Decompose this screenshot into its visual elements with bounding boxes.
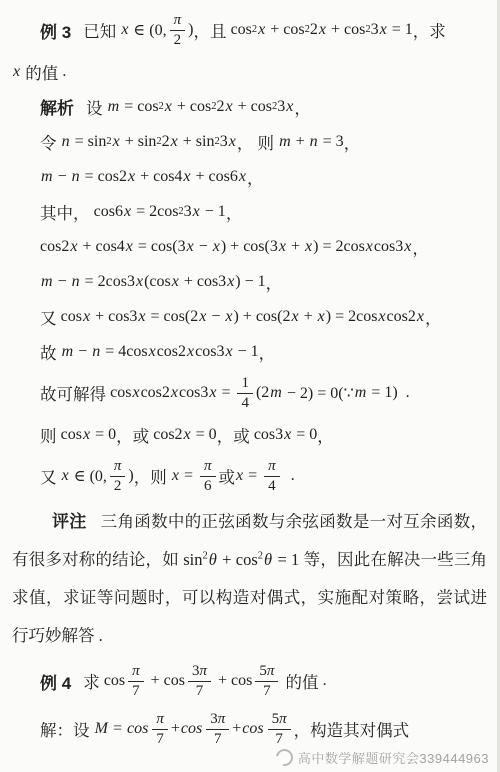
text-run: x [257,21,266,39]
text-run: m [107,98,121,116]
text-run: + cos [234,98,272,116]
fraction: 3π7 [206,711,229,746]
text-run: x [69,238,78,256]
text-run: x [148,343,157,361]
text-run: x [82,426,91,444]
text-run: + cos4 [78,238,124,256]
text-run: + sin [179,133,215,151]
text-run: cos3 [254,426,283,444]
text-run: + cos [266,21,304,39]
math-line: 解析设 m = cos2x + cos22x + cos23x， [0,89,497,124]
text-run: x [318,21,327,39]
fraction: 3π7 [188,663,211,698]
text-run: x [224,308,233,326]
superscript: 2 [202,551,207,562]
text-run: x [171,467,180,485]
text-run: x [186,343,195,361]
text-run: cos2 [387,308,416,326]
text-run: (cos [144,273,171,291]
text-run: x [164,98,173,116]
text-run: = 0 [292,426,317,444]
watermark: 高中数学解题研究会339444963 [276,748,489,767]
text-run: + cos4 [136,168,182,186]
text-run: n [61,133,71,151]
text-run: 2 [310,21,318,39]
text-run: x [170,133,179,151]
text-run: ，或 [116,423,153,447]
text-run: + [300,308,317,326]
text-run: + cos [327,21,365,39]
text-run: 的值 [281,669,322,693]
fraction: 14 [237,375,253,410]
math-line: 又 x ∈ (0,π2)，则 x = π6或x = π4 . [0,452,497,500]
fraction: 5π7 [255,663,278,698]
text-run: x [285,98,294,116]
text-run: = 2cos3 [81,273,135,291]
text-run: 3 [184,203,192,221]
text-run: ， [425,305,442,329]
text-run: cos [180,720,203,738]
text-run: ) = 2cos [313,238,365,256]
text-run: 2 [162,133,170,151]
text-run: x [135,273,144,291]
section-label: 例 3 [40,18,71,43]
text-run: cos2 [40,238,69,256]
text-run: ， [317,423,334,447]
text-run: = 1) . [367,384,409,402]
text-run: 求 [83,669,104,693]
text-run: − [195,238,212,256]
text-run: + [292,133,309,151]
fraction: π7 [128,663,144,698]
text-run: m [269,384,283,402]
text-run: cos [61,426,82,444]
text-run: 则 [40,423,61,447]
text-run: − [54,168,71,186]
text-run: − 1 [201,203,226,221]
text-run: θ [208,550,218,569]
text-run: 3 [371,21,379,39]
text-run: x [208,384,217,402]
text-run: 解：设 [40,717,94,741]
math-line: cos2x + cos4x = cos(3x − x) + cos(3x + x… [0,229,497,264]
text-run: x [379,21,388,39]
text-run: θ [263,550,273,569]
text-run: x [278,238,287,256]
text-run: + cos [147,672,185,690]
fraction: 5π7 [268,711,291,746]
text-run: cos [110,384,131,402]
text-run: x [224,343,233,361]
text-run: n [71,273,81,291]
text-run: cos3 [374,238,403,256]
text-run: x [170,384,179,402]
text-run: x [127,168,136,186]
text-run: x [61,467,70,485]
text-run: cos3 [195,343,224,361]
text-run: ) + cos(3 [221,238,278,256]
text-run: − [54,273,71,291]
text-run: x [317,308,326,326]
text-run: ) + cos(2 [233,308,290,326]
section-label: 例 4 [40,669,71,694]
text-run: ∈ (0, [70,466,107,486]
text-run: n [309,133,319,151]
text-run: 或 [219,464,236,488]
section-label: 解析 [40,94,74,119]
section-label: 评注 [52,512,87,531]
text-run: cos3 [179,384,208,402]
text-run: 的值 [21,60,62,84]
text-run: x [225,98,234,116]
watermark-logo-icon [273,746,297,770]
text-run: (2 [256,384,269,402]
document-page: 例 3已知 x ∈ (0,π2)，且 cos2x + cos22x + cos2… [0,0,500,772]
fraction: π7 [152,711,168,746]
text-run: m [61,343,75,361]
text-run: x [212,238,221,256]
text-run: x [192,203,201,221]
text-run: − [207,308,224,326]
text-run: n [71,168,81,186]
text-run: + cos [218,550,258,569]
text-run: x [365,238,374,256]
text-run: ∈ (0, [129,20,166,40]
text-run: n [91,343,101,361]
text-run: − 1 [234,343,259,361]
text-run: cos [126,720,149,738]
text-run: − [74,343,91,361]
math-line: 解：设 M = cosπ7+cos3π7+cos5π7，构造其对偶式 [0,705,497,753]
text-run: x [125,238,134,256]
comment-paragraph: 评注三角函数中的正弦函数与余弦函数是一对互余函数，有很多对称的结论，如 sin2… [0,503,497,655]
text-run: + cos [214,672,252,690]
text-run: ， [266,270,283,294]
text-run: x [283,426,292,444]
text-run: . [323,672,327,690]
math-line: 例 4求 cosπ7 + cos3π7 + cos5π7 的值 . [0,657,497,705]
text-run: ，构造其对偶式 [294,717,410,741]
math-line: x 的值 . [0,54,497,89]
text-run: ， [247,165,264,189]
text-run: 又 [40,464,61,488]
text-run: + [287,238,304,256]
text-run: = [109,720,126,738]
text-run: ) = 2cos [326,308,378,326]
text-run: x [137,308,146,326]
text-run: 已知 [83,18,120,42]
text-run: x [171,273,180,291]
math-line: 例 3已知 x ∈ (0,π2)，且 cos2x + cos22x + cos2… [0,6,497,54]
text-run: x [198,308,207,326]
text-run: . [283,467,295,485]
text-run: = [217,384,234,402]
text-run: = [244,467,261,485]
text-run: + cos6 [192,168,238,186]
text-run: = cos [120,98,158,116]
text-run: x [235,467,244,485]
text-run: x [183,426,192,444]
text-run: cos [104,672,125,690]
fraction: π2 [110,458,126,493]
text-run: = 3 [319,133,344,151]
text-run: x [120,21,129,39]
text-run: cos [231,21,252,39]
text-run: + sin [121,133,157,151]
text-run: . [99,626,103,645]
text-run: sin [183,550,202,569]
text-run: x [290,308,299,326]
text-run: + [171,720,180,738]
text-run: = 4cos [101,343,147,361]
text-run: cos [241,720,264,738]
text-run: m [40,273,54,291]
text-run: = 1 [273,550,304,569]
text-run: 其中， [40,200,94,224]
text-run: x [228,133,237,151]
text-run: ， 则 [237,130,278,154]
text-run: cos2 [141,384,170,402]
math-line: 令 n = sin2x + sin22x + sin23x， 则 m + n =… [0,124,497,159]
text-run: ， [226,200,243,224]
math-line: 故可解得 cosxcos2xcos3x = 14(2m − 2) = 0(∵m … [0,369,497,417]
text-run: cos [61,308,82,326]
text-run: = 1 [388,21,413,39]
text-run: 故 [40,340,61,364]
math-line: 其中， cos6x = 2cos23x − 1， [0,194,497,229]
text-run: ， [412,235,429,259]
text-run: = sin [71,133,107,151]
fraction: π4 [264,458,280,493]
text-run: ，则 [134,464,171,488]
text-run: = cos2 [81,168,127,186]
math-line: 又 cosx + cos3x = cos(2x − x) + cos(2x + … [0,299,497,334]
text-run: x [186,238,195,256]
text-run: 故可解得 [40,381,110,405]
math-line: m − n = 2cos3x(cosx + cos3x) − 1， [0,264,497,299]
math-line: 则 cosx = 0，或 cos2x = 0，或 cos3x = 0， [0,417,497,452]
text-run: x [403,238,412,256]
text-run: = 2cos [132,203,178,221]
text-run: + [232,720,241,738]
text-run: ， [344,130,361,154]
math-line: m − n = cos2x + cos4x + cos6x， [0,159,497,194]
text-run: ) − 1 [235,273,265,291]
text-run: + cos3 [180,273,226,291]
text-run: ，或 [217,423,254,447]
text-run: = [180,467,197,485]
text-run: x [238,168,247,186]
text-run: = cos(2 [147,308,199,326]
text-run: . [62,63,66,81]
document-content: 例 3已知 x ∈ (0,π2)，且 cos2x + cos22x + cos2… [0,6,497,753]
text-run: x [131,384,140,402]
text-run: 3 [277,98,285,116]
text-run: ，求 [413,18,446,42]
text-run: 设 [86,95,107,119]
text-run: = 0 [192,426,217,444]
text-run: x [82,308,91,326]
text-run: x [304,238,313,256]
text-run: cos2 [157,343,186,361]
text-run: x [226,273,235,291]
text-run: + cos [173,98,211,116]
text-run: cos2 [153,426,182,444]
text-run: x [377,308,386,326]
text-run: ， [294,95,311,119]
text-run: x [12,63,21,81]
text-run: ，且 [193,18,230,42]
text-run: = 0 [91,426,116,444]
text-run: x [112,133,121,151]
text-run: + cos3 [91,308,137,326]
text-run: x [182,168,191,186]
text-run: − 2) = 0(∵ [283,383,354,403]
text-run: 3 [220,133,228,151]
text-run: 令 [40,130,61,154]
fraction: π6 [200,458,216,493]
text-run: 2 [217,98,225,116]
text-run: x [123,203,132,221]
text-run: M [94,720,109,738]
text-run: m [354,384,368,402]
text-run: cos6 [94,203,123,221]
watermark-text: 高中数学解题研究会339444963 [298,748,489,767]
text-run: m [278,133,292,151]
text-run: 又 [40,305,61,329]
math-line: 故 m − n = 4cosxcos2xcos3x − 1， [0,334,497,369]
text-run: ， [259,340,276,364]
fraction: π2 [170,12,186,47]
text-run: = cos(3 [134,238,186,256]
text-run: x [416,308,425,326]
text-run: m [40,168,54,186]
